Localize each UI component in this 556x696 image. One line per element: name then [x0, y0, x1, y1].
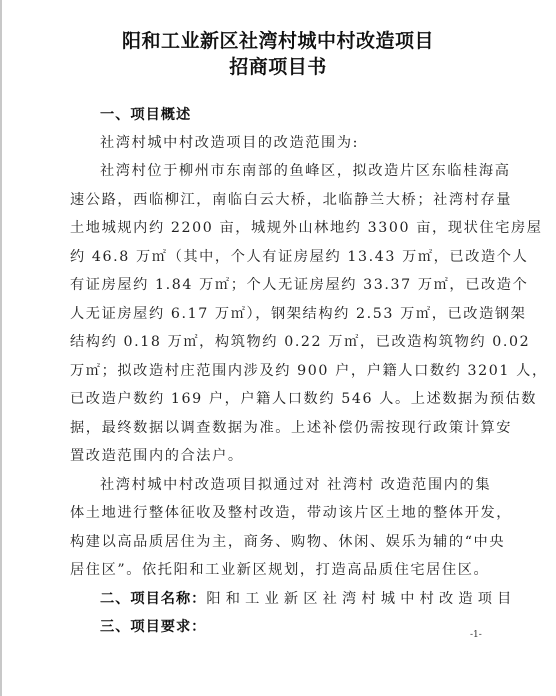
paragraph-line: 体土地进行整体征收及整村改造，带动该片区土地的整体开发，	[70, 502, 480, 522]
document-subtitle: 招商项目书	[0, 52, 556, 79]
paragraph-line: 速公路，西临柳江，南临白云大桥，北临静兰大桥；社湾村存量	[70, 189, 480, 209]
paragraph-line: 约 46.8 万㎡（其中，个人有证房屋约 13.43 万㎡，已改造个人	[70, 246, 480, 266]
section-heading-name: 二、项目名称：	[100, 591, 206, 607]
paragraph-line: 置改造范围内的合法户。	[70, 445, 480, 465]
paragraph-line: 据，最终数据以调查数据为准。上述补偿仍需按现行政策计算安	[70, 417, 480, 437]
paragraph-line: 土地城规内约 2200 亩，城规外山林地约 3300 亩，现状住宅房屋	[70, 217, 480, 237]
section-project-name: 二、项目名称：阳和工业新区社湾村城中村改造项目	[100, 588, 510, 608]
paragraph-line: 居住区”。依托阳和工业新区规划，打造高品质住宅居住区。	[70, 559, 480, 579]
document-page: 阳和工业新区社湾村城中村改造项目 招商项目书 一、项目概述 社湾村城中村改造项目…	[0, 0, 556, 696]
section-heading-overview: 一、项目概述	[100, 104, 510, 124]
paragraph-line: 社湾村城中村改造项目的改造范围为:	[100, 132, 510, 152]
paragraph-line: 结构约 0.18 万㎡，构筑物约 0.22 万㎡，已改造构筑物约 0.02	[70, 331, 480, 351]
section-heading-requirements: 三、项目要求：	[100, 616, 510, 636]
paragraph-line: 已改造户数约 169 户，户籍人口数约 546 人。上述数据为预估数	[70, 388, 480, 408]
paragraph-line: 万㎡；拟改造村庄范围内涉及约 900 户，户籍人口数约 3201 人，	[70, 360, 480, 380]
project-name-value: 阳和工业新区社湾村城中村改造项目	[206, 591, 516, 607]
paragraph-line: 社湾村位于柳州市东南部的鱼峰区，拟改造片区东临桂海高	[100, 160, 510, 180]
paragraph-line: 人无证房屋约 6.17 万㎡），钢架结构约 2.53 万㎡，已改造钢架	[70, 303, 480, 323]
paragraph-line: 构建以高品质居住为主，商务、购物、休闲、娱乐为辅的“中央	[70, 531, 480, 551]
paragraph-line: 社湾村城中村改造项目拟通过对 社湾村 改造范围内的集	[100, 474, 510, 494]
paragraph-line: 有证房屋约 1.84 万㎡；个人无证房屋约 33.37 万㎡，已改造个	[70, 274, 480, 294]
document-title: 阳和工业新区社湾村城中村改造项目	[0, 26, 556, 53]
page-number: -1-	[470, 630, 482, 640]
